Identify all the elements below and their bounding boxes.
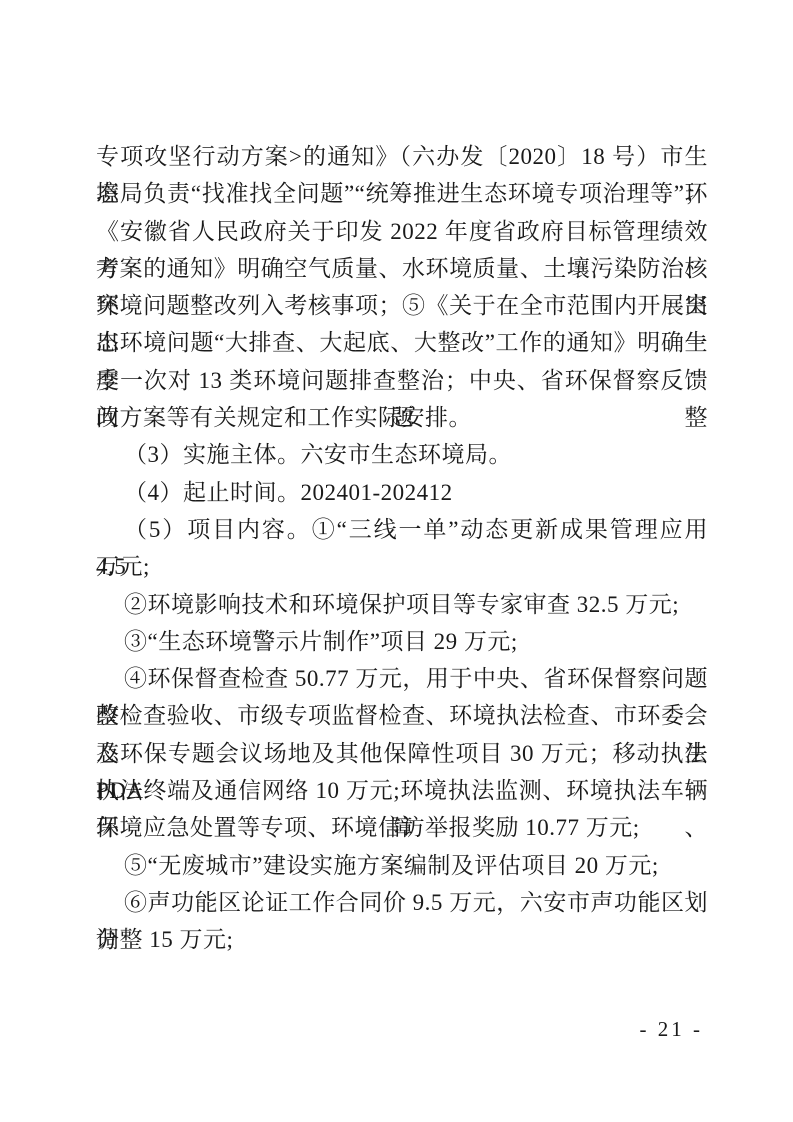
text-line: 万元; [96,548,708,585]
document-body-text: 专项攻坚行动方案>的通知》（六办发〔2020〕18 号）市生态环 境局负责“找准… [96,138,708,959]
text-line: 方案的通知》明确空气质量、水环境质量、土壤污染防治、突出 [96,250,708,287]
text-line: 态环保专题会议场地及其他保障性项目 30 万元；移动执法 PDA [96,735,708,772]
text-line: 调整 15 万元; [96,921,708,958]
text-line: ⑥声功能区论证工作合同价 9.5 万元，六安市声功能区划分 [96,884,708,921]
text-line: 态环境问题“大排查、大起底、大整改”工作的通知》明确一季 [96,324,708,361]
text-line: 《安徽省人民政府关于印发 2022 年度省政府目标管理绩效考核 [96,213,708,250]
text-line: （5）项目内容。①“三线一单”动态更新成果管理应用 4.5 [96,511,708,548]
text-line: 环境应急处置等专项、环境信访举报奖励 10.77 万元; [96,809,708,846]
page-number: - 21 - [640,1016,704,1042]
text-line: 环境问题整改列入考核事项；⑤《关于在全市范围内开展突出生 [96,287,708,324]
text-line: 境局负责“找准找全问题”“统筹推进生态环境专项治理等”； [96,175,708,212]
text-line: （4）起止时间。202401-202412 [96,474,708,511]
text-line: ③“生态环境警示片制作”项目 29 万元; [96,623,708,660]
text-line: 专项攻坚行动方案>的通知》（六办发〔2020〕18 号）市生态环 [96,138,708,175]
text-line: ②环境影响技术和环境保护项目等专家审查 32.5 万元; [96,586,708,623]
text-line: ⑤“无废城市”建设实施方案编制及评估项目 20 万元; [96,847,708,884]
text-line: ④环保督查检查 50.77 万元，用于中央、省环保督察问题整 [96,660,708,697]
text-line: 度一次对 13 类环境问题排查整治；中央、省环保督察反馈问题整 [96,362,708,399]
text-line: （3）实施主体。六安市生态环境局。 [96,436,708,473]
text-line: 执法终端及通信网络 10 万元;环境执法监测、环境执法车辆保障、 [96,772,708,809]
text-line: 改检查验收、市级专项监督检查、环境执法检查、市环委会及生 [96,697,708,734]
document-page: 专项攻坚行动方案>的通知》（六办发〔2020〕18 号）市生态环 境局负责“找准… [0,0,793,1122]
